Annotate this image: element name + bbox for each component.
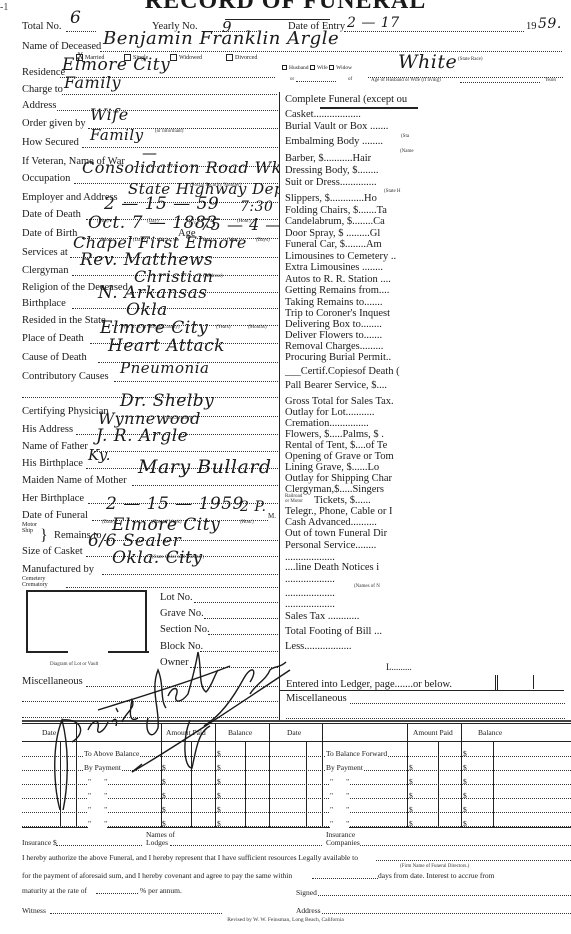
birthplace-label: Birthplace <box>22 298 66 310</box>
dollar-sign: $ <box>409 777 413 786</box>
dollar-sign: $ <box>463 777 467 786</box>
place-of-death-value: Elmore City <box>100 321 208 335</box>
funeral-time-value: 2 P. <box>240 500 266 514</box>
residence-value: Elmore City <box>62 58 170 72</box>
tick-mark <box>533 675 534 689</box>
insurance-label: Insurance $ <box>22 838 57 847</box>
contributory-label: Contributory Causes <box>22 371 109 383</box>
manufactured-value: Okla. City <box>112 551 203 565</box>
witness-label: Witness <box>22 906 46 915</box>
how-secured-label: How Secured <box>22 137 79 149</box>
year-value: 59. <box>538 17 562 31</box>
dollar-sign: $ <box>409 805 413 814</box>
spouse-name-field[interactable] <box>296 74 336 82</box>
motor-ship-label: Motor Ship <box>22 522 37 534</box>
signed-label: Signed <box>296 888 317 897</box>
motor-ship-brace: } <box>40 528 48 544</box>
authorize-text: I hereby authorize the above Funeral, an… <box>22 853 358 862</box>
ledger-right-row-label: " " <box>330 791 349 800</box>
years-label: Years <box>545 78 556 84</box>
ledger-right-row-label: " " <box>330 819 349 828</box>
total-no-label: Total No. <box>22 21 62 33</box>
ledger-header-amount-right: Amount Paid <box>413 728 453 737</box>
spouse-age-caption: Age of Husband or Wife (if living) <box>371 78 441 84</box>
occupation-label: Occupation <box>22 173 70 185</box>
his-address-label: His Address <box>22 424 73 436</box>
birthplace-value: N. Arkansas <box>98 286 207 300</box>
resided-label: Resided in the State <box>22 315 106 327</box>
cemetery-field[interactable] <box>66 578 278 588</box>
physician-label: Certifying Physician <box>22 406 109 418</box>
charge-item[interactable]: Candelabrum, $........Ca <box>285 216 385 228</box>
signed-field[interactable] <box>318 889 571 896</box>
occupation-value: Consolidation Road Wk <box>82 161 282 175</box>
dollar-sign: $ <box>463 749 467 758</box>
race-caption: (State Race) <box>458 57 483 63</box>
ledger-right-row-label: To Balance Forward <box>326 749 387 758</box>
resided-value: Okla <box>126 303 168 317</box>
percent-text: % per annum. <box>140 886 182 895</box>
dollar-sign: $ <box>463 805 467 814</box>
charge-item[interactable]: Personal Service........ <box>285 540 376 552</box>
informant-caption: (or informant) <box>155 129 183 135</box>
or-label: or <box>290 77 294 83</box>
tick-mark <box>495 675 496 691</box>
dollar-sign: $ <box>463 791 467 800</box>
contributory-value: Pneumonia <box>120 361 209 375</box>
title-underline <box>225 19 330 20</box>
date-of-birth-value: Oct. 7 — 1883 <box>88 216 217 230</box>
panel-misc-line-2[interactable] <box>286 709 565 719</box>
services-at-value: Chapel First Elmore <box>73 236 247 250</box>
his-address-value: Wynnewood <box>98 412 201 426</box>
days-text: days from date. Interest to accrue from <box>378 871 494 880</box>
date-of-death-label: Date of Death <box>22 209 81 221</box>
race-value: White <box>398 55 457 69</box>
charge-item[interactable]: Dressing Body, $........ <box>285 165 379 177</box>
husband-checkbox[interactable] <box>282 65 287 70</box>
mother-label: Maiden Name of Mother <box>22 475 127 487</box>
witness-field[interactable] <box>50 907 222 914</box>
charge-item[interactable]: Barber, $...........Hair <box>285 153 371 165</box>
charge-item[interactable]: Burial Vault or Box ....... <box>285 121 388 133</box>
residence-label: Residence <box>22 67 65 79</box>
insurance-field[interactable] <box>56 839 142 846</box>
his-birthplace-label: His Birthplace <box>22 458 83 470</box>
railroad-label: Railroad or Motor <box>285 494 303 504</box>
charge-item[interactable]: Complete Funeral (except ou <box>285 94 407 106</box>
marital-widowed[interactable]: Widowed <box>170 54 202 63</box>
date-of-entry-value: 2 — 17 <box>347 16 400 30</box>
maturity-text: maturity at the rate of <box>22 886 87 895</box>
clergyman-label: Clergyman <box>22 265 68 277</box>
dollar-sign: $ <box>463 819 467 828</box>
his-birthplace-value: Ky. <box>88 448 111 462</box>
resided-caption-years: (Years) <box>216 325 231 331</box>
casket-size-value: 6/6 Sealer <box>88 534 181 548</box>
time-of-death-value: 7:30 <box>240 200 273 214</box>
dollar-sign: $ <box>409 763 413 772</box>
widowed-checkbox[interactable] <box>170 54 177 61</box>
dollar-sign: $ <box>409 819 413 828</box>
wife-checkbox[interactable] <box>310 65 315 70</box>
total-no-value: 6 <box>70 11 81 25</box>
charge-item[interactable]: Getting Remains from.... <box>285 285 389 297</box>
funeral-caption-hour: (Hour) <box>240 520 254 526</box>
charges-panel: Complete Funeral (except ou Casket......… <box>279 92 418 665</box>
marital-divorced[interactable]: Divorced <box>226 54 257 63</box>
charge-item[interactable]: Funeral Car, $........Am <box>285 239 382 251</box>
remains-to-value: Elmore City <box>112 518 220 532</box>
dollar-sign: $ <box>217 819 221 828</box>
payment-text: for the payment of aforesaid sum, and I … <box>22 871 292 880</box>
charge-item[interactable]: Pall Bearer Service, $.... <box>285 380 387 392</box>
ledger-right-row-label: " " <box>330 805 349 814</box>
charge-item[interactable]: Procuring Burial Permit.. <box>285 352 391 364</box>
charge-item[interactable]: Slippers, $.............Ho <box>285 193 377 205</box>
address-label-footer: Address <box>296 906 321 915</box>
her-birthplace-label: Her Birthplace <box>22 493 84 505</box>
revised-by: Revised by W. W. Feinsman, Long Beach, C… <box>0 917 571 923</box>
ledger-left-row-label: " " <box>88 819 107 828</box>
ledger-right-row-label: " " <box>330 777 349 786</box>
order-given-by-label: Order given by <box>22 118 86 130</box>
charge-item[interactable]: ....line Death Notices i <box>285 562 379 574</box>
mother-value: Mary Bullard <box>138 460 272 474</box>
resided-caption-months: (Months) <box>248 325 267 331</box>
dollar-sign: $ <box>409 791 413 800</box>
names-caption: (Names of N <box>354 584 380 590</box>
paid-by-check-scrawl <box>0 600 300 810</box>
funeral-date-value: 2 — 15 — 1959 <box>106 497 244 511</box>
charge-item[interactable]: ___Certif.Copiesof Death ( <box>285 366 400 378</box>
divorced-checkbox[interactable] <box>226 54 233 61</box>
of-label: of <box>348 77 352 83</box>
companies-label-2: Companies <box>326 838 360 847</box>
address-field-footer[interactable] <box>322 907 571 914</box>
charge-item[interactable]: Casket.................. <box>285 109 361 121</box>
funeral-m-label: M. <box>268 512 276 521</box>
father-value: J. R. Argle <box>96 429 188 443</box>
charge-item[interactable]: Suit or Dress.............. <box>285 177 377 189</box>
ledger-entry-rule <box>279 690 564 691</box>
how-secured-value: Family <box>90 128 144 142</box>
order-given-by-value: Wife <box>90 108 129 122</box>
cause-of-death-value: Heart Attack <box>108 339 225 353</box>
manufactured-label: Manufactured by <box>22 564 94 576</box>
days-field[interactable] <box>312 872 378 879</box>
charge-item[interactable]: Embalming Body ........ <box>285 136 383 148</box>
deceased-name-value: Benjamin Franklin Argle <box>103 32 339 46</box>
charge-to-value: Family <box>64 76 121 90</box>
father-label: Name of Father <box>22 441 88 453</box>
rate-field[interactable] <box>96 887 138 894</box>
lodges-field[interactable] <box>170 839 322 846</box>
firm-caption: (Firm Name of Funeral Directors.) <box>400 864 469 870</box>
charge-to-label: Charge to <box>22 84 63 96</box>
cause-of-death-label: Cause of Death <box>22 352 87 364</box>
companies-field[interactable] <box>360 839 571 846</box>
religion-value: Christian <box>134 270 213 284</box>
state-caption: (Sta <box>401 134 409 140</box>
casket-size-label: Size of Casket <box>22 546 83 558</box>
charge-item[interactable]: Out of town Funeral Dir <box>285 528 387 540</box>
deceased-name-label: Name of Deceased <box>22 41 101 53</box>
spouse-age-field[interactable] <box>460 75 540 83</box>
state-caption-2: (State H <box>384 189 401 195</box>
charge-item[interactable]: Extra Limousines ........ <box>285 262 383 274</box>
physician-value: Dr. Shelby <box>120 394 214 408</box>
widow-checkbox[interactable] <box>329 65 334 70</box>
ledger-l-marker: L......... <box>386 663 412 672</box>
clergyman-value: Rev. Matthews <box>80 253 213 267</box>
tick-mark <box>497 675 498 691</box>
page-title: RECORD OF FUNERAL <box>0 0 571 15</box>
name-caption: (Name <box>400 149 414 155</box>
year-prefix: 19 <box>526 21 537 33</box>
funeral-date-label: Date of Funeral <box>22 510 88 522</box>
services-at-label: Services at <box>22 247 68 259</box>
dollar-sign: $ <box>463 763 467 772</box>
dollar-sign: $ <box>162 819 166 828</box>
firm-name-field[interactable] <box>376 854 571 861</box>
lodges-label-2: Lodges <box>146 838 168 847</box>
birth-caption-days: (Days) <box>256 238 270 244</box>
crematory-label: Crematory <box>22 582 48 588</box>
spouse-checks: Husband Wife Widow <box>282 64 352 73</box>
date-of-birth-label: Date of Birth <box>22 228 77 240</box>
date-of-death-value: 2 — 15 — 59 <box>104 197 219 211</box>
panel-misc-field[interactable] <box>350 694 565 704</box>
ledger-header-balance-right: Balance <box>478 728 502 737</box>
address-label: Address <box>22 100 56 112</box>
charge-item[interactable]: ................... <box>285 574 335 586</box>
place-of-death-label: Place of Death <box>22 333 84 345</box>
ledger-right-row-label: By Payment <box>326 763 363 772</box>
